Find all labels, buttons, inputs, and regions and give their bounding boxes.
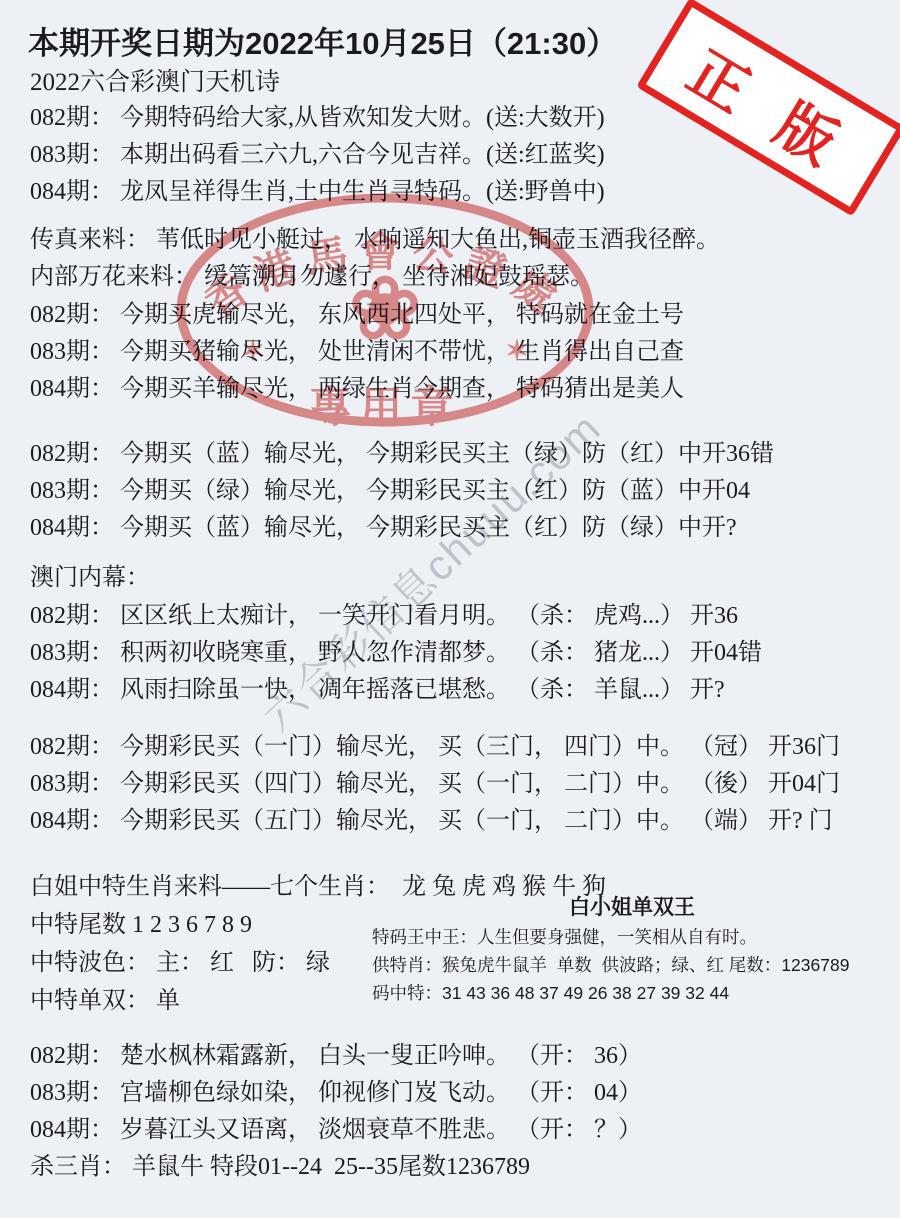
period-line: 082期： 区区纸上太痴计， 一笑开门看月明。 （杀： 虎鸡...） 开36 [30,598,762,635]
period-line: 082期： 今期特码给大家,从皆欢知发大财。(送:大数开) [30,100,605,137]
color-section: 082期： 今期买（蓝）输尽光， 今期彩民买主（绿）防（红）中开36错 083期… [30,436,774,547]
period-line: 083期： 今期买猪输尽光， 处世清闲不带忧， 生肖得出自己查 [30,334,684,371]
period-line: 084期： 今期买羊输尽光， 两绿生肖今期查， 特码猜出是美人 [30,371,684,408]
kill-three-zodiac-line: 杀三肖： 羊鼠牛 特段01--24 25--35尾数1236789 [30,1149,642,1186]
period-line: 083期： 今期买（绿）输尽光， 今期彩民买主（红）防（蓝）中开04 [30,473,774,510]
macau-lines: 082期： 区区纸上太痴计， 一笑开门看月明。 （杀： 虎鸡...） 开36 0… [30,598,762,709]
period-line: 084期： 今期买（蓝）输尽光， 今期彩民买主（红）防（绿）中开? [30,510,774,547]
site-watermark: 六合彩信息chuuu.com [205,357,655,783]
macau-section: 澳门内幕： [30,560,150,597]
period-line: 084期： 今期彩民买（五门）输尽光， 买（一门， 二门）中。 （端） 开? 门 [30,803,840,840]
box-line: 供特肖：猴兔虎牛鼠羊 单数 供波路；绿、红 尾数：1236789 [372,951,892,979]
baixiaojie-box: 白小姐单双王 特码王中王：人生但要身强健，一笑相从自有时。 供特肖：猴兔虎牛鼠羊… [372,893,892,1007]
tianji-section: 2022六合彩澳门天机诗 [30,64,280,101]
period-line: 082期： 楚水枫林霜露新， 白头一叟正吟呻。 （开： 36） [30,1038,642,1075]
lottery-tip-sheet: 六合彩信息chuuu.com 本期开奖日期为2022年10月25日（21:30）… [0,0,900,1218]
period-line: 084期： 风雨扫除虽一快， 凋年摇落已堪愁。 （杀： 羊鼠...） 开? [30,672,762,709]
fax-line: 传真来料： 苇低时见小艇过， 水响遥知大鱼出,铜壶玉酒我径醉。 [30,222,720,259]
zodiac-section: 082期： 今期买虎输尽光， 东风西北四处平， 特码就在金土号 083期： 今期… [30,297,684,408]
final-section: 082期： 楚水枫林霜露新， 白头一叟正吟呻。 （开： 36） 083期： 宫墙… [30,1038,642,1186]
box-title: 白小姐单双王 [372,893,892,923]
gates-section: 082期： 今期彩民买（一门）输尽光， 买（三门， 四门）中。 （冠） 开36门… [30,729,840,840]
period-line: 083期： 积两初收晓寒重， 野人忽作清都梦。 （杀： 猪龙...） 开04错 [30,635,762,672]
tianji-lines: 082期： 今期特码给大家,从皆欢知发大财。(送:大数开) 083期： 本期出码… [30,100,605,211]
genuine-stamp: 正 版 [636,0,900,216]
fax-section: 传真来料： 苇低时见小艇过， 水响遥知大鱼出,铜壶玉酒我径醉。 内部万花来料： … [30,222,720,296]
box-line: 码中特：31 43 36 48 37 49 26 38 27 39 32 44 [372,979,892,1007]
fax-line: 内部万花来料： 缓篙溯月勿遽行， 坐待湘妃鼓瑶瑟。 [30,259,720,296]
period-line: 082期： 今期买虎输尽光， 东风西北四处平， 特码就在金土号 [30,297,684,334]
period-line: 083期： 今期彩民买（四门）输尽光， 买（一门， 二门）中。 （後） 开04门 [30,766,840,803]
box-line: 特码王中王：人生但要身强健，一笑相从自有时。 [372,923,892,951]
period-line: 083期： 本期出码看三六九,六合今见吉祥。(送:红蓝奖) [30,137,605,174]
period-line: 082期： 今期彩民买（一门）输尽光， 买（三门， 四门）中。 （冠） 开36门 [30,729,840,766]
period-line: 082期： 今期买（蓝）输尽光， 今期彩民买主（绿）防（红）中开36错 [30,436,774,473]
period-line: 083期： 宫墙柳色绿如染， 仰视修门岌飞动。 （开： 04） [30,1075,642,1112]
section-header: 澳门内幕： [30,560,150,597]
section-header: 2022六合彩澳门天机诗 [30,64,280,101]
period-line: 084期： 岁暮江头又语离， 淡烟衰草不胜悲。 （开： ？） [30,1112,642,1149]
page-title: 本期开奖日期为2022年10月25日（21:30） [28,18,617,63]
period-line: 084期： 龙凤呈祥得生肖,土中生肖寻特码。(送:野兽中) [30,174,605,211]
